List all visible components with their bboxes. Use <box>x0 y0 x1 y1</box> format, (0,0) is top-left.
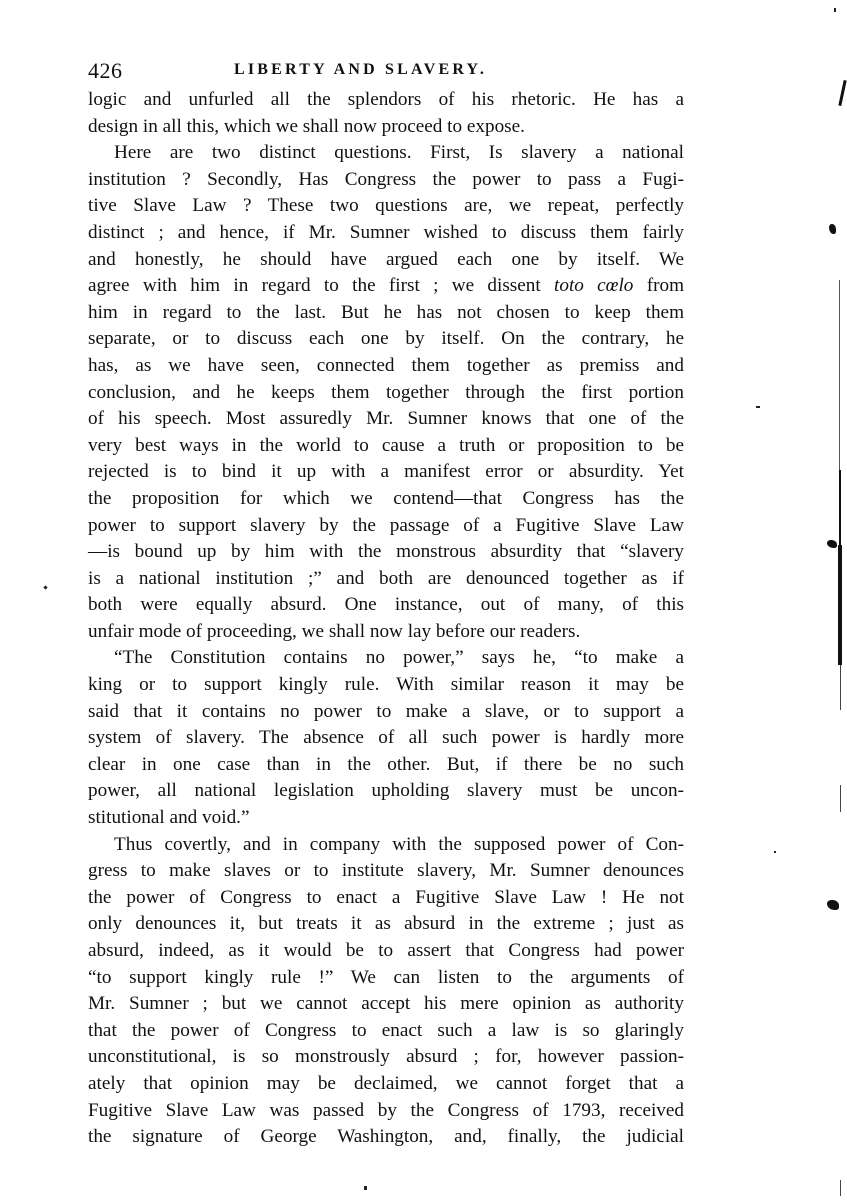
text-line: rejected is to bind it up with a manifes… <box>88 459 684 486</box>
body-text: logic and unfurled all the splendors of … <box>88 87 684 1151</box>
book-page: 426 LIBERTY AND SLAVERY. logic and unfur… <box>0 0 847 1200</box>
scan-speck <box>364 1186 367 1190</box>
paragraph-start-line: Here are two distinct questions. First, … <box>88 140 684 167</box>
running-head: 426 LIBERTY AND SLAVERY. <box>88 58 684 86</box>
text-line: absurd, indeed, as it would be to assert… <box>88 938 684 965</box>
text-line: tive Slave Law ? These two questions are… <box>88 193 684 220</box>
text-line: stitutional and void.” <box>88 805 684 832</box>
text-line: the power of Congress to enact a Fugitiv… <box>88 885 684 912</box>
scan-speck <box>834 8 836 12</box>
scan-blot <box>827 900 839 910</box>
text-line: system of slavery. The absence of all su… <box>88 725 684 752</box>
text-segment: agree with him in regard to the first ; … <box>88 275 541 296</box>
text-line-with-italic: agree with him in regard to the first ; … <box>88 273 684 300</box>
gutter-shadow-line <box>838 545 842 665</box>
text-line: that the power of Congress to enact such… <box>88 1018 684 1045</box>
running-title: LIBERTY AND SLAVERY. <box>234 61 487 79</box>
gutter-shadow-line <box>840 665 841 710</box>
text-line: both were equally absurd. One instance, … <box>88 592 684 619</box>
text-line: —is bound up by him with the monstrous a… <box>88 539 684 566</box>
text-line: ately that opinion may be declaimed, we … <box>88 1071 684 1098</box>
italic-latin-phrase: toto cœlo <box>554 275 633 296</box>
text-line: conclusion, and he keeps them together t… <box>88 380 684 407</box>
paragraph-start-line: Thus covertly, and in company with the s… <box>88 832 684 859</box>
text-line: very best ways in the world to cause a t… <box>88 433 684 460</box>
text-line: said that it contains no power to make a… <box>88 699 684 726</box>
text-line: has, as we have seen, connected them tog… <box>88 353 684 380</box>
paragraph-start-line: “The Constitution contains no power,” sa… <box>88 645 684 672</box>
scan-blot <box>829 224 836 234</box>
gutter-shadow-line <box>840 1180 841 1196</box>
scan-speck <box>774 851 776 853</box>
text-line: unconstitutional, is so monstrously absu… <box>88 1044 684 1071</box>
text-segment: from <box>647 275 684 296</box>
text-line: design in all this, which we shall now p… <box>88 114 684 141</box>
text-line: him in regard to the last. But he has no… <box>88 300 684 327</box>
text-line: of his speech. Most assuredly Mr. Sumner… <box>88 406 684 433</box>
text-line: distinct ; and hence, if Mr. Sumner wish… <box>88 220 684 247</box>
text-line: the proposition for which we contend—tha… <box>88 486 684 513</box>
text-line: unfair mode of proceeding, we shall now … <box>88 619 684 646</box>
text-line: power to support slavery by the passage … <box>88 513 684 540</box>
scan-streak <box>838 80 846 106</box>
scan-speck <box>756 406 760 408</box>
scan-blot <box>827 540 837 548</box>
text-line: is a national institution ;” and both ar… <box>88 566 684 593</box>
gutter-shadow-line <box>840 785 841 812</box>
text-line: separate, or to discuss each one by itse… <box>88 326 684 353</box>
text-line: institution ? Secondly, Has Congress the… <box>88 167 684 194</box>
text-line: only denounces it, but treats it as absu… <box>88 911 684 938</box>
text-line: gress to make slaves or to institute sla… <box>88 858 684 885</box>
text-line: logic and unfurled all the splendors of … <box>88 87 684 114</box>
gutter-shadow-line <box>839 470 841 550</box>
page-number: 426 <box>88 58 123 84</box>
text-line: “to support kingly rule !” We can listen… <box>88 965 684 992</box>
text-line: king or to support kingly rule. With sim… <box>88 672 684 699</box>
text-line: power, all national legislation upholdin… <box>88 778 684 805</box>
text-line: Fugitive Slave Law was passed by the Con… <box>88 1098 684 1125</box>
text-line: clear in one case than in the other. But… <box>88 752 684 779</box>
text-line: and honestly, he should have argued each… <box>88 247 684 274</box>
scan-speck <box>43 585 47 589</box>
text-line: Mr. Sumner ; but we cannot accept his me… <box>88 991 684 1018</box>
text-line: the signature of George Washington, and,… <box>88 1124 684 1151</box>
gutter-shadow-line <box>839 280 840 470</box>
